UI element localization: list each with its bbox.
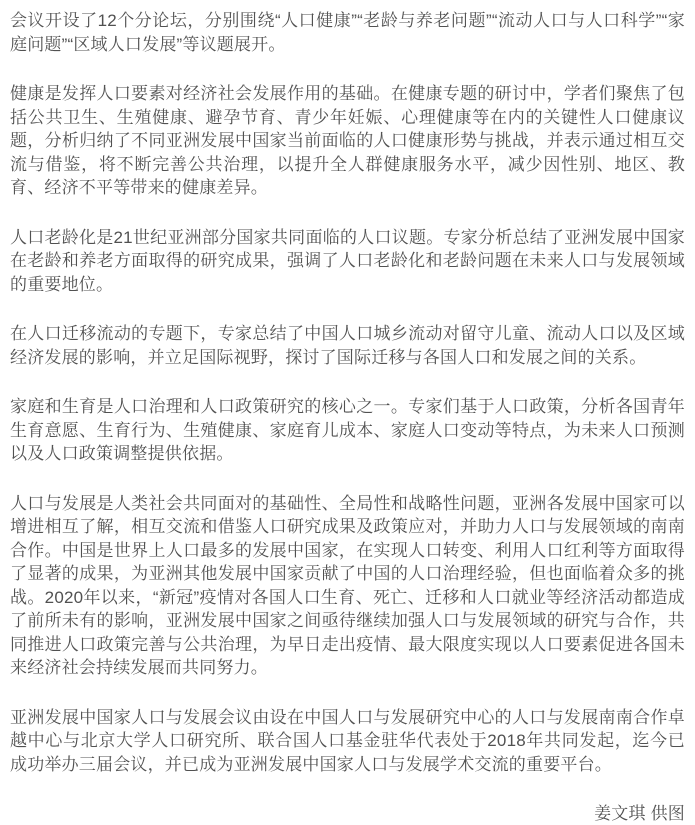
article-body: 会议开设了12个分论坛，分别围绕“人口健康”“老龄与养老问题”“流动人口与人口科… bbox=[10, 9, 685, 825]
photo-credit: 姜文琪 供图 bbox=[10, 802, 685, 825]
paragraph-family-fertility: 家庭和生育是人口治理和人口政策研究的核心之一。专家们基于人口政策，分析各国青年生… bbox=[10, 395, 685, 466]
paragraph-conference-background: 亚洲发展中国家人口与发展会议由设在中国人口与发展研究中心的人口与发展南南合作卓越… bbox=[10, 706, 685, 777]
paragraph-forums: 会议开设了12个分论坛，分别围绕“人口健康”“老龄与养老问题”“流动人口与人口科… bbox=[10, 9, 685, 56]
paragraph-aging: 人口老龄化是21世纪亚洲部分国家共同面临的人口议题。专家分析总结了亚洲发展中国家… bbox=[10, 226, 685, 297]
article-page: 会议开设了12个分论坛，分别围绕“人口健康”“老龄与养老问题”“流动人口与人口科… bbox=[0, 0, 695, 825]
paragraph-health: 健康是发挥人口要素对经济社会发展作用的基础。在健康专题的研讨中，学者们聚焦了包括… bbox=[10, 82, 685, 200]
paragraph-population-development: 人口与发展是人类社会共同面对的基础性、全局性和战略性问题，亚洲各发展中国家可以增… bbox=[10, 492, 685, 680]
paragraph-migration: 在人口迁移流动的专题下，专家总结了中国人口城乡流动对留守儿童、流动人口以及区域经… bbox=[10, 322, 685, 369]
